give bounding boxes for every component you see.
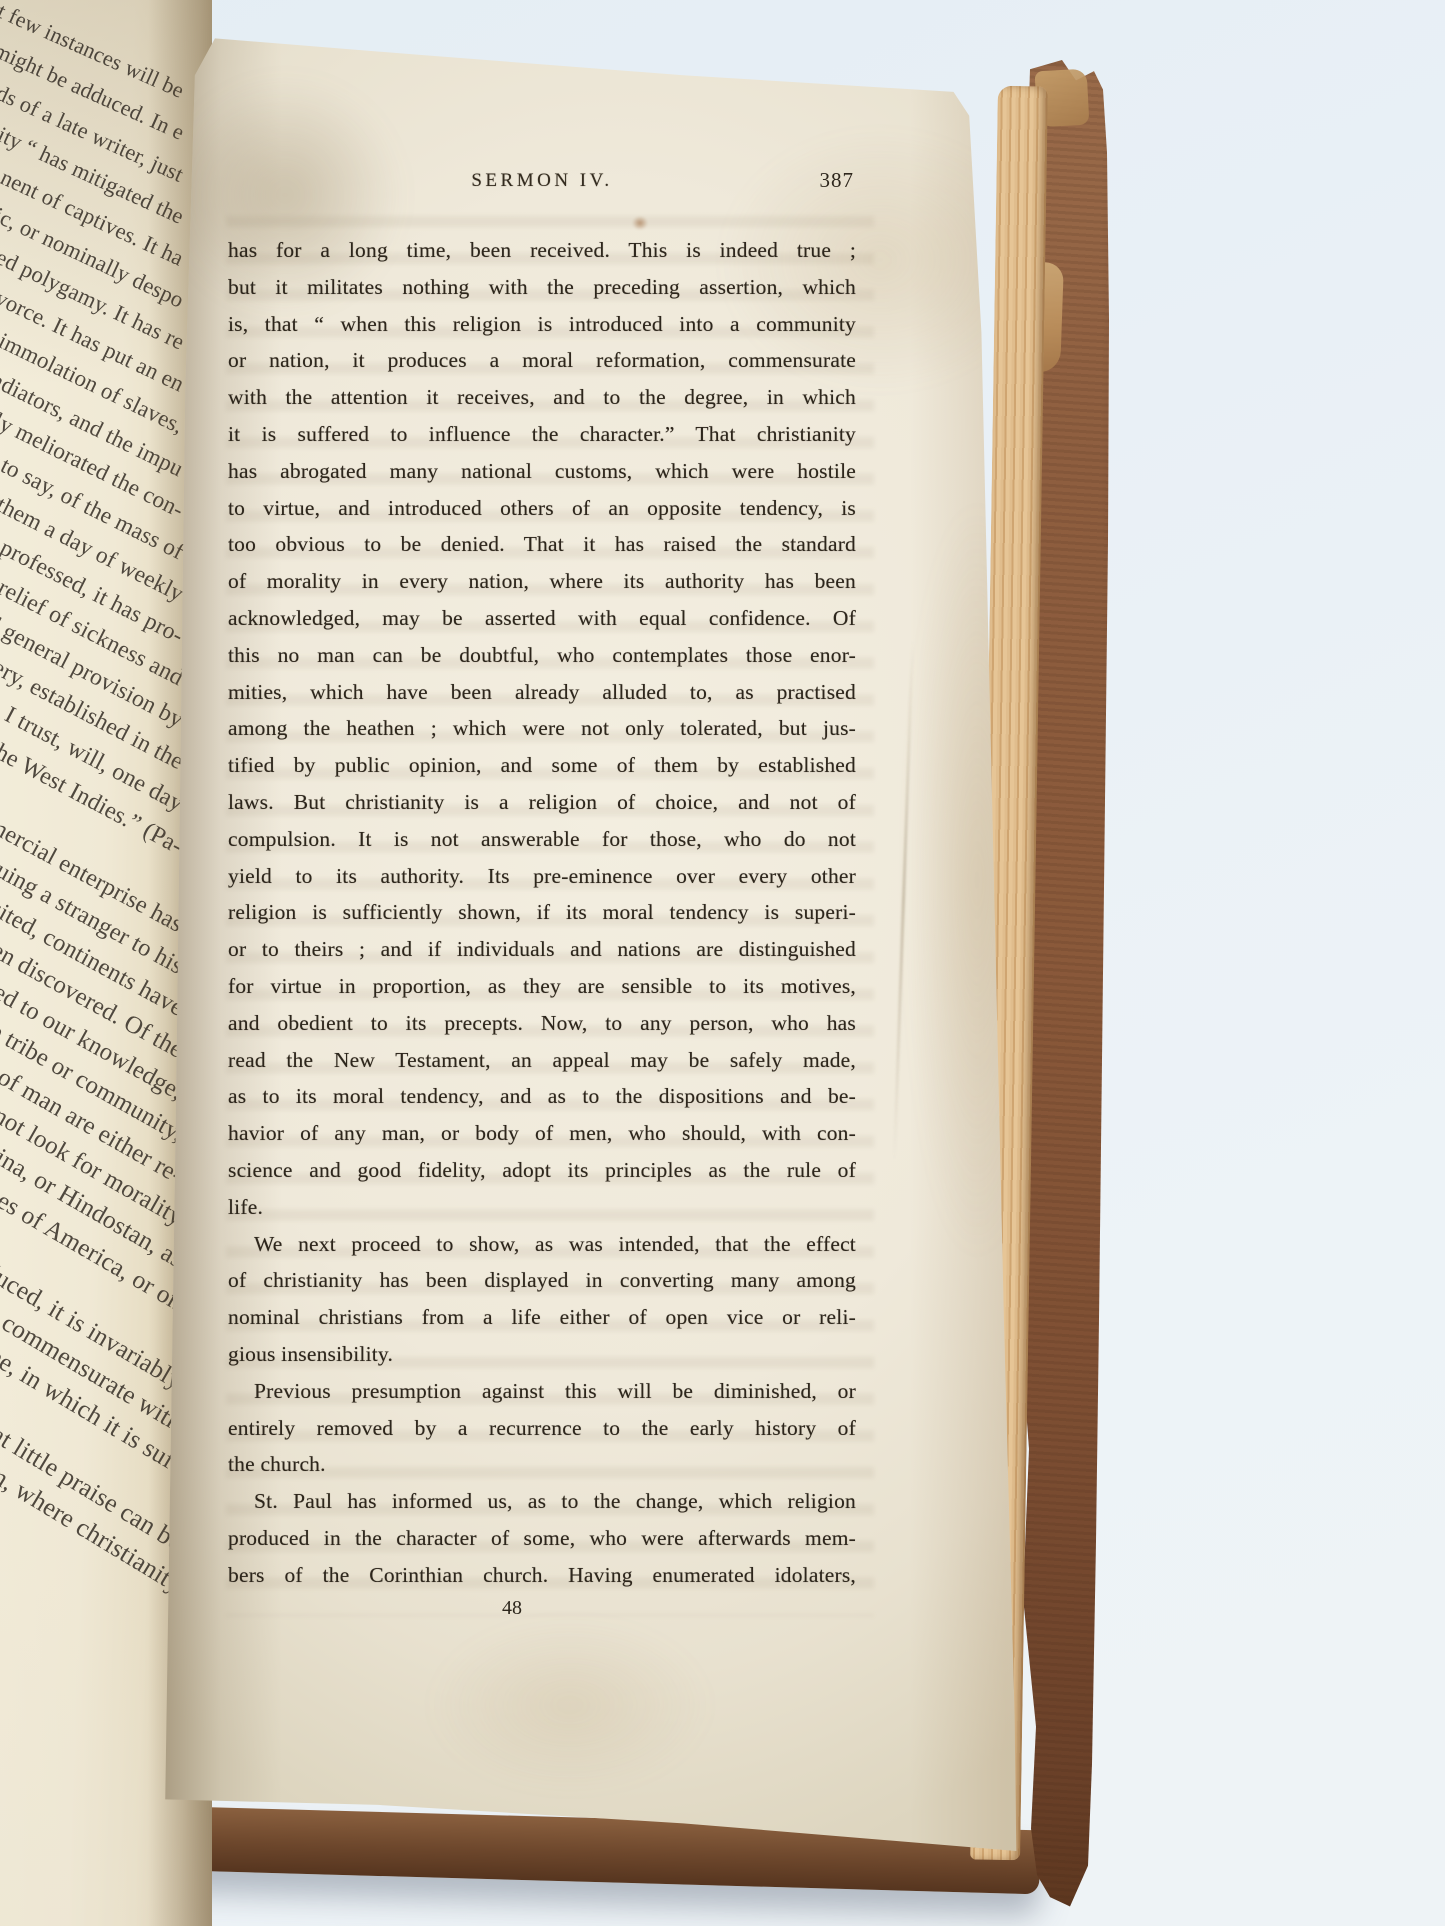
text-line: yield to its authority. Its pre-eminence… — [228, 858, 856, 895]
text-line: entirely removed by a recurrence to the … — [228, 1410, 856, 1447]
text-line: has for a long time, been received. This… — [228, 232, 856, 269]
text-line: havior of any man, or body of men, who s… — [228, 1115, 856, 1152]
paper-crease — [893, 640, 914, 1160]
text-line: mities, which have been already alluded … — [228, 674, 856, 711]
text-line: too obvious to be denied. That it has ra… — [228, 526, 856, 563]
text-line: or to theirs ; and if individuals and na… — [228, 931, 856, 968]
text-line: compulsion. It is not answerable for tho… — [228, 821, 856, 858]
text-line: read the New Testament, an appeal may be… — [228, 1042, 856, 1079]
text-line: laws. But christianity is a religion of … — [228, 784, 856, 821]
body-text: has for a long time, been received. This… — [228, 232, 856, 1593]
book-photo: , but few instances will bemight be addu… — [0, 0, 1445, 1926]
text-line: science and good fidelity, adopt its pri… — [228, 1152, 856, 1189]
text-line: bers of the Corinthian church. Having en… — [228, 1557, 856, 1594]
book-page: SERMON IV. 387 has for a long time, been… — [160, 20, 1032, 1862]
text-line: has abrogated many national customs, whi… — [228, 453, 856, 490]
text-line: religion is sufficiently shown, if its m… — [228, 894, 856, 931]
text-line: Previous presumption against this will b… — [228, 1373, 856, 1410]
text-line: for virtue in proportion, as they are se… — [228, 968, 856, 1005]
page-content: SERMON IV. 387 has for a long time, been… — [228, 20, 856, 1620]
text-line: gious insensibility. — [228, 1336, 856, 1373]
text-line: but it militates nothing with the preced… — [228, 269, 856, 306]
text-line: acknowledged, may be asserted with equal… — [228, 600, 856, 637]
text-line: and obedient to its precepts. Now, to an… — [228, 1005, 856, 1042]
header-title: SERMON IV. — [228, 170, 856, 192]
text-line: among the heathen ; which were not only … — [228, 710, 856, 747]
text-line: or nation, it produces a moral reformati… — [228, 342, 856, 379]
text-line: produced in the character of some, who w… — [228, 1520, 856, 1557]
signature-mark: 48 — [198, 1597, 826, 1620]
running-header: SERMON IV. 387 — [228, 170, 856, 200]
text-line: to virtue, and introduced others of an o… — [228, 490, 856, 527]
text-line: this no man can be doubtful, who contemp… — [228, 637, 856, 674]
text-line: as to its moral tendency, and as to the … — [228, 1078, 856, 1115]
text-line: We next proceed to show, as was intended… — [228, 1226, 856, 1263]
text-line: the church. — [228, 1446, 856, 1483]
text-line: nominal christians from a life either of… — [228, 1299, 856, 1336]
text-line: life. — [228, 1189, 856, 1226]
text-line: tified by public opinion, and some of th… — [228, 747, 856, 784]
text-line: is, that “ when this religion is introdu… — [228, 306, 856, 343]
text-line: of morality in every nation, where its a… — [228, 563, 856, 600]
text-line: it is suffered to influence the characte… — [228, 416, 856, 453]
page-number: 387 — [820, 168, 855, 193]
text-line: with the attention it receives, and to t… — [228, 379, 856, 416]
paper-stain — [430, 1620, 710, 1790]
text-line: of christianity has been displayed in co… — [228, 1262, 856, 1299]
text-line: St. Paul has informed us, as to the chan… — [228, 1483, 856, 1520]
